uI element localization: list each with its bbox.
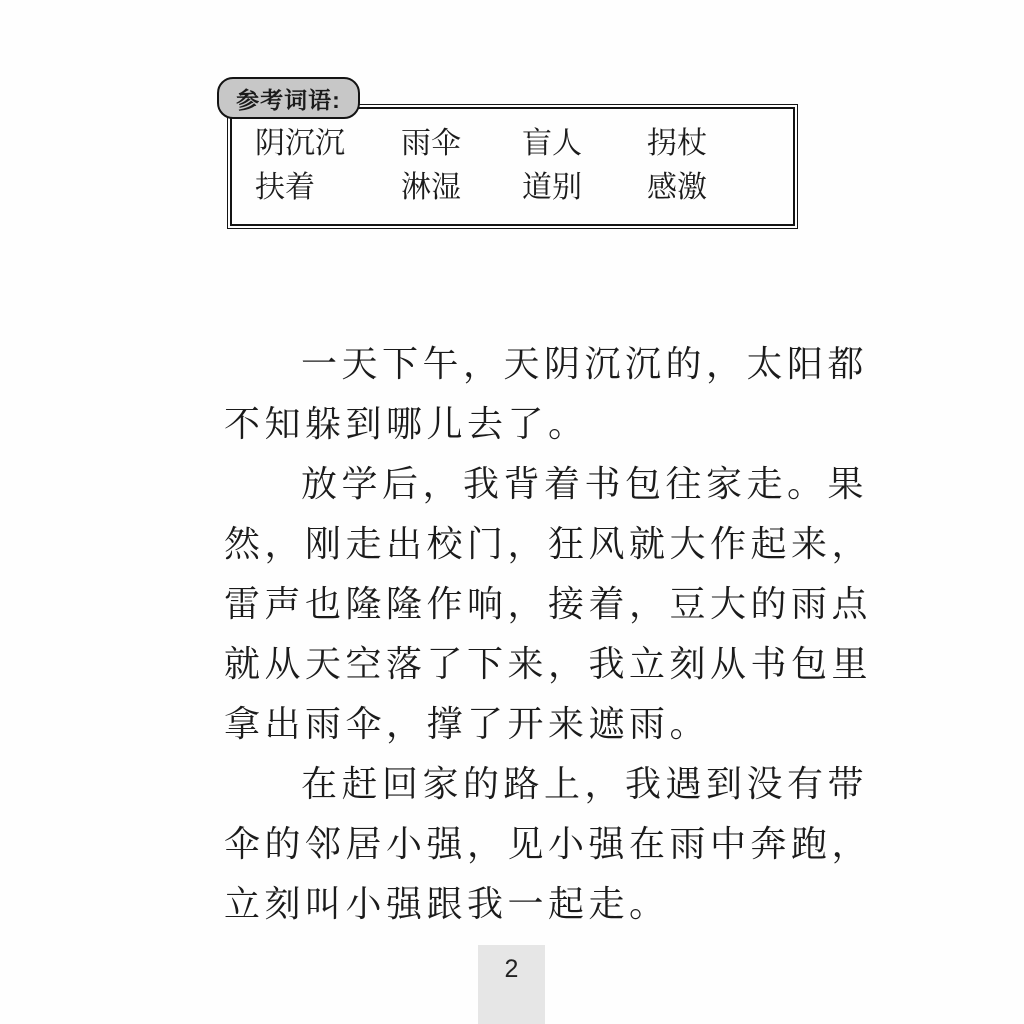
reference-word: 道别 [522,169,647,206]
page-number: 2 [505,955,519,984]
essay-line: 伞的邻居小强，见小强在雨中奔跑， [224,814,808,874]
essay-line: 放学后，我背着书包往家走。果 [224,454,808,514]
essay-line: 不知躲到哪儿去了。 [224,394,808,454]
reference-word: 淋湿 [401,169,522,206]
book-page: 参考词语: 阴沉沉 雨伞 盲人 拐杖 扶着 淋湿 道别 感激 一天下午，天阴沉沉… [0,0,1024,1024]
reference-word: 阴沉沉 [255,125,401,162]
reference-word: 拐杖 [647,125,793,162]
essay-line: 拿出雨伞，撑了开来遮雨。 [224,694,808,754]
reference-word: 盲人 [522,125,647,162]
reference-word: 感激 [647,169,793,206]
reference-word: 雨伞 [401,125,522,162]
essay-line: 就从天空落了下来，我立刻从书包里 [224,634,808,694]
reference-words-grid: 阴沉沉 雨伞 盲人 拐杖 扶着 淋湿 道别 感激 [232,109,793,206]
essay-line: 一天下午，天阴沉沉的，太阳都 [224,334,808,394]
essay-line: 雷声也隆隆作响，接着，豆大的雨点 [224,574,808,634]
reference-words-box: 阴沉沉 雨伞 盲人 拐杖 扶着 淋湿 道别 感激 [230,107,795,226]
reference-words-tab: 参考词语: [217,77,360,119]
reference-words-tab-label: 参考词语: [236,82,341,115]
essay-line: 然，刚走出校门，狂风就大作起来， [224,514,808,574]
essay-line: 在赶回家的路上，我遇到没有带 [224,754,808,814]
essay-text: 一天下午，天阴沉沉的，太阳都 不知躲到哪儿去了。 放学后，我背着书包往家走。果 … [224,334,808,934]
page-number-bar: 2 [478,945,545,1024]
reference-word: 扶着 [255,169,401,206]
essay-line: 立刻叫小强跟我一起走。 [224,874,808,934]
